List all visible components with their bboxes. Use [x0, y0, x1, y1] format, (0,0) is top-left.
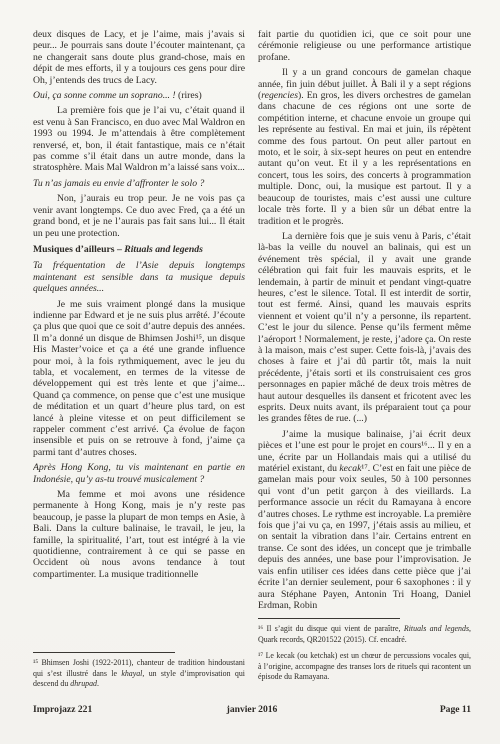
interview-question: Oui, ça sonne comme un soprano... ! (rir… — [33, 90, 245, 101]
magazine-page: deux disques de Lacy, et je l’aime, mais… — [0, 0, 500, 744]
body-paragraph: Il y a un grand concours de gamelan chaq… — [258, 67, 471, 227]
body-paragraph: La dernière fois que je suis venu à Pari… — [258, 231, 471, 425]
section-heading: Musiques d’ailleurs – Rituals and legend… — [33, 244, 245, 255]
left-column: deux disques de Lacy, et je l’aime, mais… — [33, 29, 245, 647]
body-paragraph: Ma femme et moi avons une résidence perm… — [33, 489, 245, 580]
footnote-italic: khayal — [121, 669, 142, 678]
footer-date: janvier 2016 — [179, 704, 325, 715]
question-aside: (rires) — [176, 90, 202, 101]
left-footnotes: ¹⁵ Bhimsen Joshi (1922-2011), chanteur d… — [33, 652, 245, 696]
body-paragraph: J’aime la musique balinaise, j’ai écrit … — [258, 429, 471, 612]
right-footnotes: ¹⁶ Il s’agit du disque qui vient de para… — [258, 618, 471, 689]
paragraph-text: ). En gros, les divers orchestres de gam… — [258, 90, 471, 226]
body-paragraph: La première fois que je l’ai vu, c’était… — [33, 105, 245, 173]
footer-journal: Improjazz 221 — [33, 704, 179, 715]
paragraph-italic: regencies — [261, 90, 298, 101]
body-paragraph: deux disques de Lacy, et je l’aime, mais… — [33, 29, 245, 86]
footnote-italic: Rituals and legends — [404, 624, 469, 633]
footnote-rule — [258, 618, 400, 619]
footnote-italic: dhrupad — [70, 679, 97, 688]
body-paragraph: Je me suis vraiment plongé dans la musiq… — [33, 299, 245, 459]
right-column: fait partie du quotidien ici, que ce soi… — [258, 29, 471, 613]
footer-page-number: Page 11 — [325, 704, 471, 715]
heading-italic-text: Rituals and legends — [124, 244, 203, 255]
question-text: Oui, ça sonne comme un soprano... ! — [33, 90, 176, 101]
footnote-text: ¹⁶ Il s’agit du disque qui vient de para… — [258, 624, 404, 633]
paragraph-italic: kecak — [339, 463, 361, 474]
body-paragraph: fait partie du quotidien ici, que ce soi… — [258, 29, 471, 63]
footnote-rule — [33, 652, 175, 653]
heading-plain-text: Musiques d’ailleurs – — [33, 244, 124, 255]
interview-question: Ta fréquentation de l’Asie depuis longte… — [33, 260, 245, 294]
footnote-text: . — [97, 679, 99, 688]
footnote-16: ¹⁶ Il s’agit du disque qui vient de para… — [258, 624, 471, 645]
body-paragraph: Non, j’aurais eu trop peur. Je ne vois p… — [33, 193, 245, 239]
footnote-17: ¹⁷ Le kecak (ou ketchak) est un chœur de… — [258, 651, 471, 683]
page-footer: Improjazz 221 janvier 2016 Page 11 — [33, 704, 471, 715]
paragraph-text: ¹⁷. C’est en fait une pièce de gamelan m… — [258, 463, 471, 611]
interview-question: Tu n’as jamais eu envie d’affronter le s… — [33, 178, 245, 189]
footnote-15: ¹⁵ Bhimsen Joshi (1922-2011), chanteur d… — [33, 658, 245, 690]
interview-question: Après Hong Kong, tu vis maintenant en pa… — [33, 462, 245, 485]
